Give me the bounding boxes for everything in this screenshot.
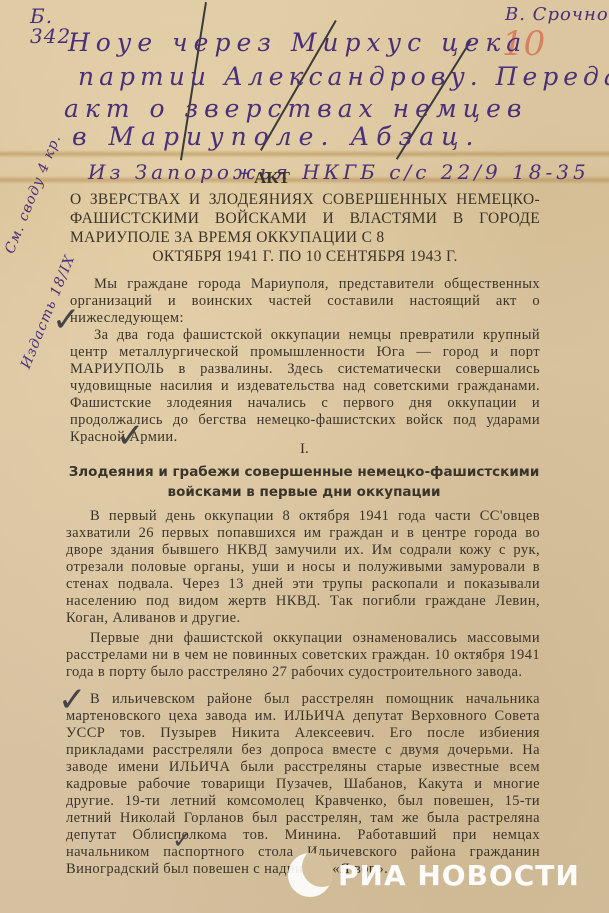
handwritten-line-3: акт о зверствах немцев bbox=[64, 94, 527, 123]
handwritten-reference-number: Б. 342 bbox=[30, 6, 71, 46]
handwritten-line-1: Ноуе через Мирхус цека bbox=[68, 28, 527, 57]
paragraph: В первый день оккупации 8 октября 1941 г… bbox=[66, 508, 540, 627]
intro-paragraph: Мы граждане города Мариуполя, представит… bbox=[70, 276, 540, 327]
paper-fold-stain bbox=[0, 150, 609, 158]
handwritten-urgency: В. Срочно bbox=[505, 4, 609, 25]
handwritten-routing-line: Из Запорожья НКГБ с/с 22/9 18-35 bbox=[88, 160, 590, 184]
checkmark-icon: ✓ bbox=[172, 826, 192, 854]
document-label: АКТ bbox=[254, 168, 290, 188]
section-heading: Злодеяния и грабежи совершенные немецко-… bbox=[66, 462, 542, 502]
checkmark-icon: ✓ bbox=[58, 680, 87, 720]
document-title: О ЗВЕРСТВАХ И ЗЛОДЕЯНИЯХ СОВЕРШЕННЫХ НЕМ… bbox=[70, 190, 540, 266]
handwritten-line-2: партии Александрову. Передаю bbox=[78, 62, 609, 91]
checkmark-icon: ✓ bbox=[52, 300, 81, 340]
paragraph: Первые дни фашистской оккупации ознамено… bbox=[66, 630, 540, 681]
document-title-text: О ЗВЕРСТВАХ И ЗЛОДЕЯНИЯХ СОВЕРШЕННЫХ НЕМ… bbox=[70, 191, 540, 246]
watermark-text: РИА НОВОСТИ bbox=[338, 859, 580, 892]
section-numeral: I. bbox=[300, 441, 309, 458]
ria-logo-icon bbox=[288, 853, 332, 897]
checkmark-icon: ✓ bbox=[116, 416, 145, 456]
handwritten-line-4: в Мариуполе. Абзац. bbox=[72, 122, 481, 151]
document-title-dates: ОКТЯБРЯ 1941 Г. ПО 10 СЕНТЯБРЯ 1943 Г. bbox=[70, 247, 540, 266]
ria-novosti-watermark: РИА НОВОСТИ bbox=[288, 850, 580, 900]
